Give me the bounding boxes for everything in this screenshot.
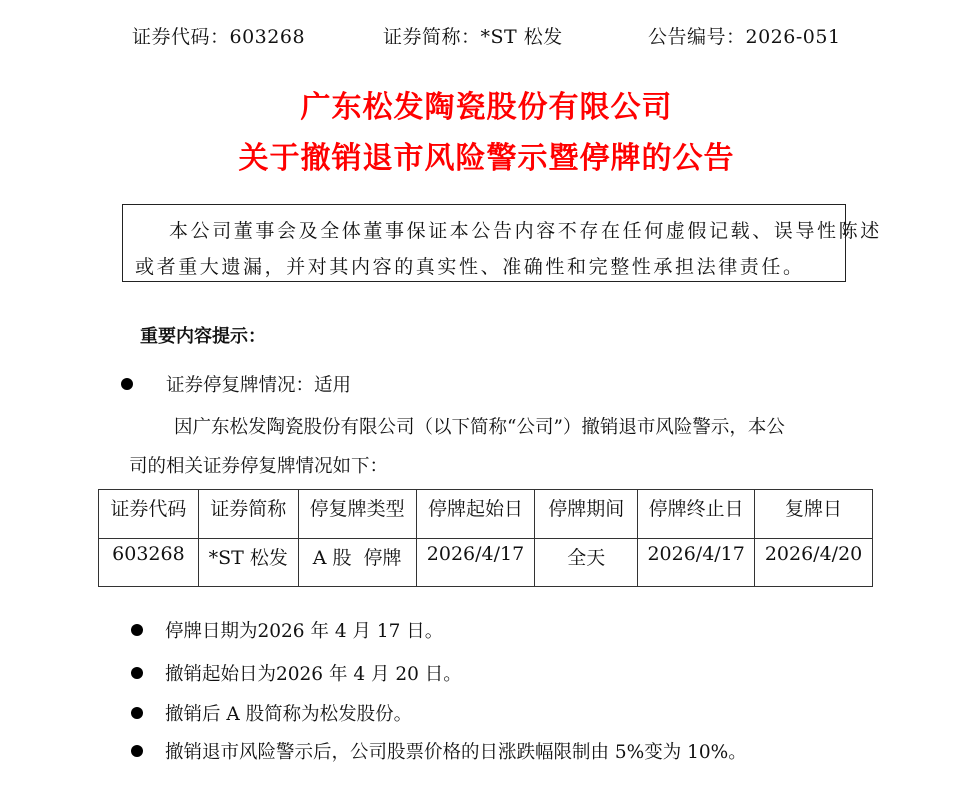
stock-short-name: 证券简称：*ST 松发 (383, 22, 563, 49)
cell-suspension-type: A 股 停牌 (298, 539, 416, 587)
header-cell: 停牌期间 (535, 490, 638, 539)
cell-end-date: 2026/4/17 (638, 539, 755, 587)
bullet-icon (131, 667, 143, 679)
cell-resumption-date: 2026/4/20 (755, 539, 873, 587)
header-cell: 停复牌类型 (298, 490, 416, 539)
explanation-line-2: 司的相关证券停复牌情况如下： (129, 452, 388, 478)
table-header-row: 证券代码 证券简称 停复牌类型 停牌起始日 停牌期间 停牌终止日 复牌日 (99, 490, 873, 539)
bullet-icon (131, 624, 143, 636)
board-statement-line-2: 或者重大遗漏，并对其内容的真实性、准确性和完整性承担法律责任。 (135, 252, 805, 279)
price-limit-change: 撤销退市风险警示后，公司股票价格的日涨跌幅限制由 5%变为 10%。 (165, 738, 747, 764)
header-cell: 停牌起始日 (416, 490, 535, 539)
cell-start-date: 2026/4/17 (416, 539, 535, 587)
announcement-title: 关于撤销退市风险警示暨停牌的公告 (0, 133, 973, 177)
suspension-status: 证券停复牌情况：适用 (166, 371, 351, 397)
stock-code: 证券代码：603268 (132, 22, 305, 49)
board-statement-box: 本公司董事会及全体董事保证本公告内容不存在任何虚假记载、误导性陈述 或者重大遗漏… (122, 204, 846, 282)
suspension-date: 停牌日期为2026 年 4 月 17 日。 (165, 617, 443, 643)
bullet-icon (131, 745, 143, 757)
bullet-icon (131, 707, 143, 719)
suspension-table: 证券代码 证券简称 停复牌类型 停牌起始日 停牌期间 停牌终止日 复牌日 603… (98, 489, 873, 587)
board-statement-line-1: 本公司董事会及全体董事保证本公告内容不存在任何虚假记载、误导性陈述 (169, 216, 882, 243)
cell-stock-code: 603268 (99, 539, 199, 587)
header-cell: 证券简称 (198, 490, 298, 539)
header-cell: 复牌日 (755, 490, 873, 539)
section-heading: 重要内容提示： (140, 322, 266, 348)
announcement-number: 公告编号：2026-051 (648, 22, 841, 49)
revocation-start-date: 撤销起始日为2026 年 4 月 20 日。 (165, 660, 462, 686)
company-title: 广东松发陶瓷股份有限公司 (0, 82, 973, 126)
new-short-name: 撤销后 A 股简称为松发股份。 (165, 700, 412, 726)
explanation-line-1: 因广东松发陶瓷股份有限公司（以下简称“公司”）撤销退市风险警示，本公 (174, 413, 785, 439)
bullet-icon (121, 378, 133, 390)
table-row: 603268 *ST 松发 A 股 停牌 2026/4/17 全天 2026/4… (99, 539, 873, 587)
cell-stock-name: *ST 松发 (198, 539, 298, 587)
header-cell: 证券代码 (99, 490, 199, 539)
header-cell: 停牌终止日 (638, 490, 755, 539)
cell-period: 全天 (535, 539, 638, 587)
